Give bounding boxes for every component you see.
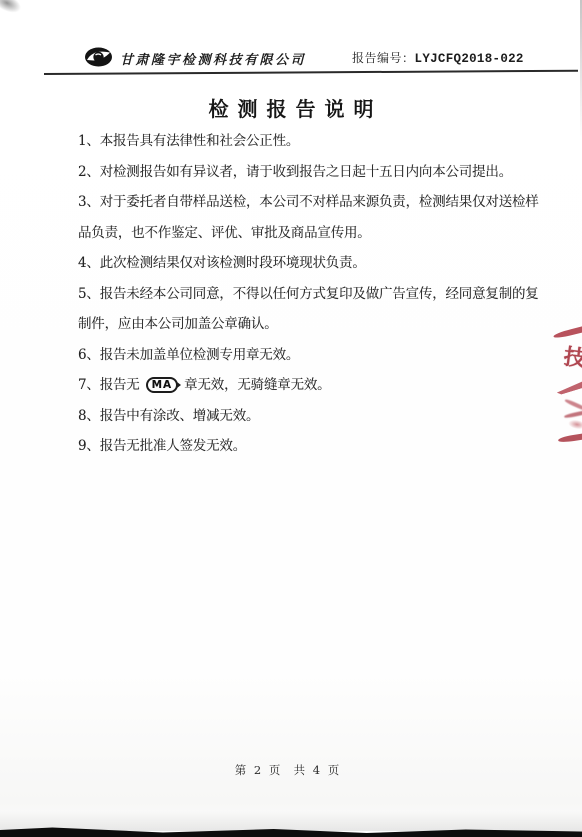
stamp-smudge-stroke-1 — [564, 398, 582, 411]
note-6: 6、报告未加盖单位检测专用章无效。 — [78, 340, 530, 371]
stamp-smudge-stroke-2 — [564, 409, 582, 419]
page-footer: 第 2 页 共 4 页 — [0, 762, 576, 778]
note-3-line-1: 3、对于委托者自带样品送检，本公司不对样品来源负责，检测结果仅对送检样 — [78, 187, 530, 218]
stamp-smudge-blot — [567, 419, 582, 431]
scan-bottom-shadow — [0, 811, 582, 831]
report-number-label: 报告编号： — [352, 51, 415, 65]
note-4: 4、此次检测结果仅对该检测时段环境现状负责。 — [78, 248, 530, 279]
scan-corner-smudge — [0, 0, 24, 17]
stamp-stroke-bottom — [558, 433, 582, 443]
company-eye-logo-icon — [84, 46, 113, 68]
report-number: 报告编号：LYJCFQ2018-022 — [352, 49, 524, 66]
cma-accreditation-mark: MA — [146, 377, 179, 393]
stamp-stroke-middle — [556, 379, 582, 395]
note-3-line-2: 品负责，也不作鉴定、评优、审批及商品宣传用。 — [78, 218, 530, 249]
report-number-value: LYJCFQ2018-022 — [415, 52, 524, 66]
note-8: 8、报告中有涂改、增减无效。 — [78, 401, 530, 432]
note-1: 1、本报告具有法律性和社会公正性。 — [78, 126, 530, 157]
stamp-stroke-top — [553, 324, 582, 339]
notes-list: 1、本报告具有法律性和社会公正性。 2、对检测报告如有异议者，请于收到报告之日起… — [78, 126, 530, 462]
document-title: 检测报告说明 — [0, 93, 582, 122]
note-5-line-1: 5、报告未经本公司同意，不得以任何方式复印及做广告宣传，经同意复制的复 — [78, 279, 530, 310]
note-2: 2、对检测报告如有异议者，请于收到报告之日起十五日内向本公司提出。 — [78, 157, 530, 188]
red-seam-seal-fragment: 技 — [546, 323, 582, 451]
stamp-character: 技 — [562, 340, 582, 373]
scanned-report-page: 甘肃隆宇检测科技有限公司 报告编号：LYJCFQ2018-022 检测报告说明 … — [0, 0, 582, 837]
note-7-suffix: 章无效，无骑缝章无效。 — [184, 377, 330, 393]
company-name: 甘肃隆宇检测科技有限公司 — [120, 49, 306, 68]
note-7-prefix: 7、报告无 — [78, 377, 140, 393]
note-9: 9、报告无批准人签发无效。 — [78, 431, 530, 462]
note-7: 7、报告无MA章无效，无骑缝章无效。 — [78, 370, 530, 401]
note-5-line-2: 制件，应由本公司加盖公章确认。 — [78, 309, 530, 340]
